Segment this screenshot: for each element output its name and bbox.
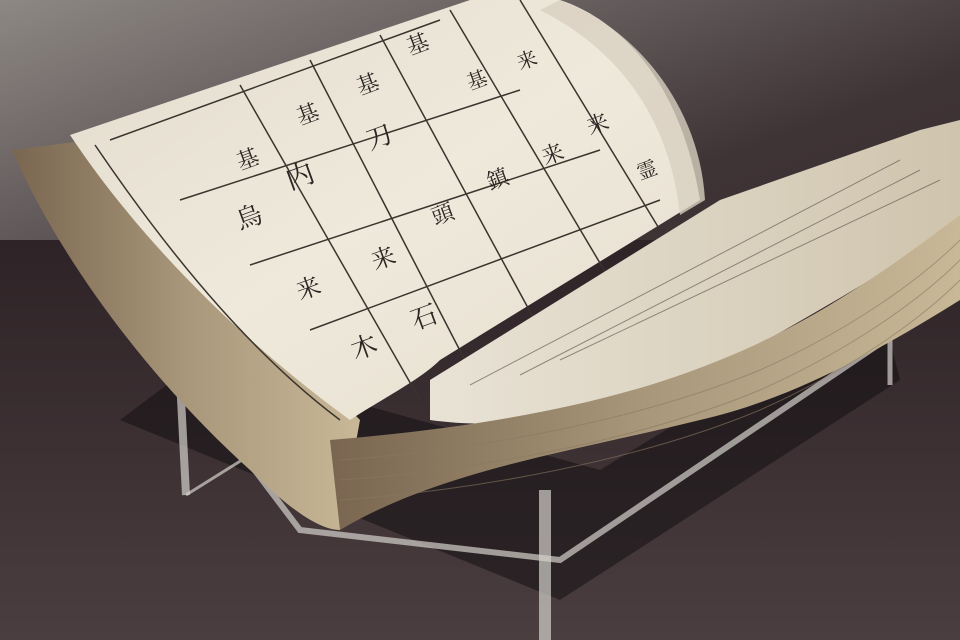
photo-scene: 基 基 基 基 刀 内 烏 石 木 来 来 頭 鎮 来 来 霊 基 来 [0,0,960,640]
book-illustration: 基 基 基 基 刀 内 烏 石 木 来 来 頭 鎮 来 来 霊 基 来 [0,0,960,640]
